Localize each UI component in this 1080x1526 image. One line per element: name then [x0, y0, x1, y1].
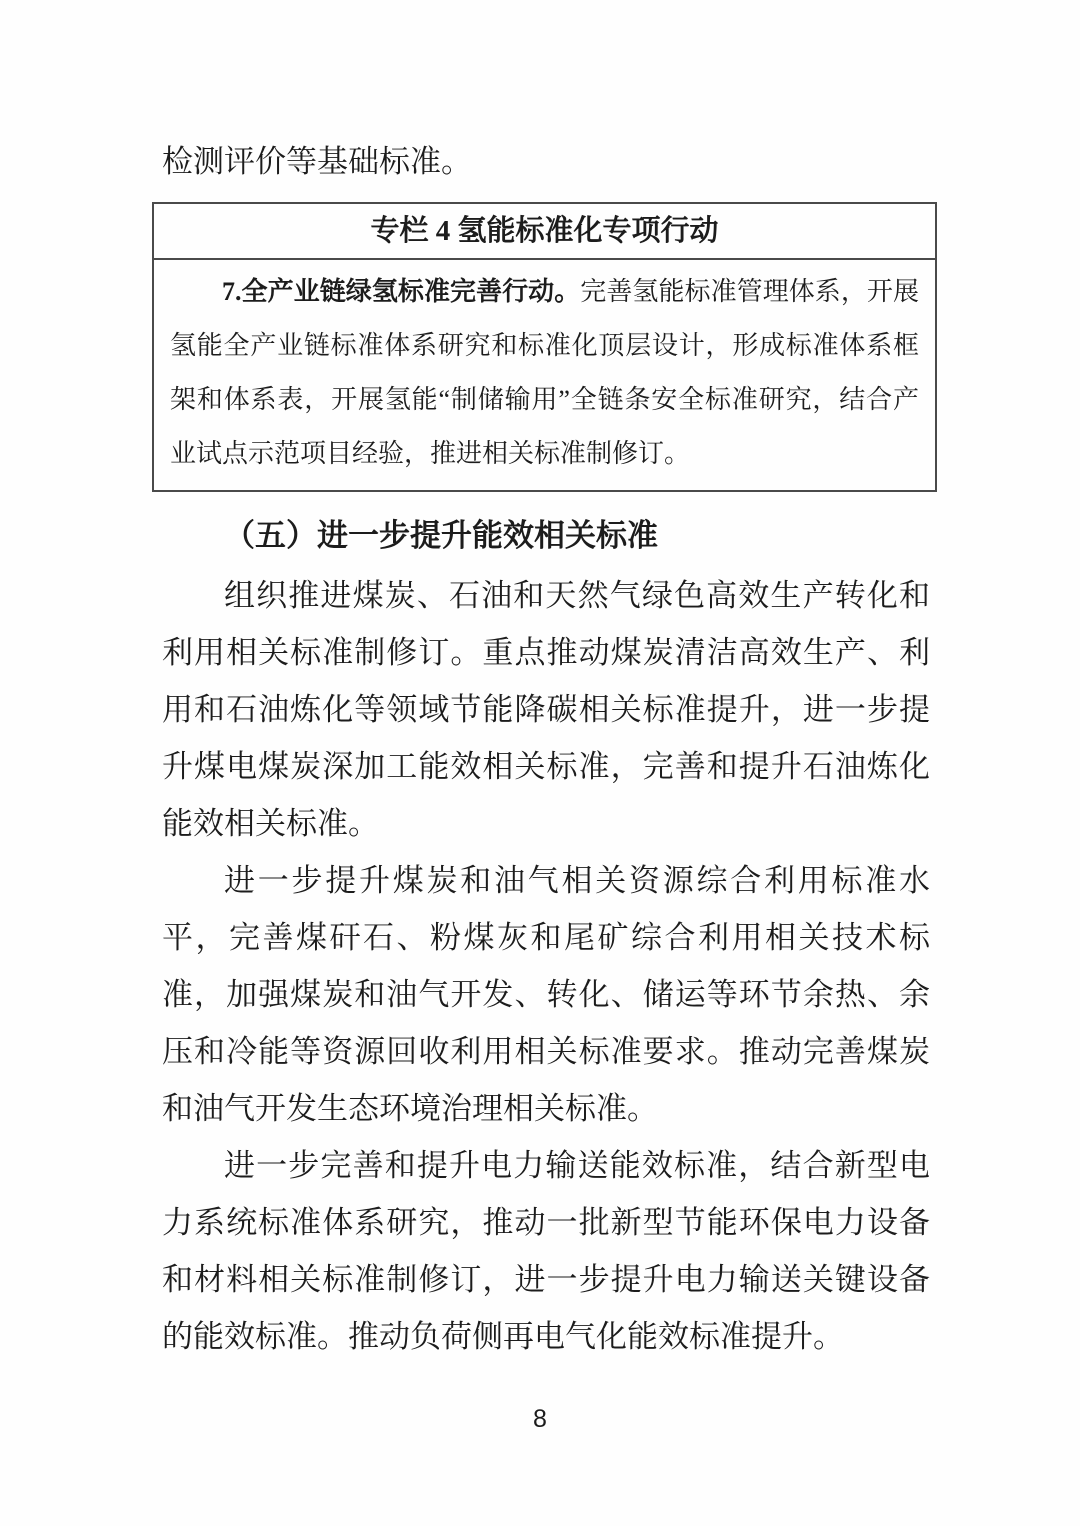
callout-box-title: 专栏 4 氢能标准化专项行动 — [154, 204, 935, 260]
body-paragraph: 进一步完善和提升电力输送能效标准，结合新型电力系统标准体系研究，推动一批新型节能… — [162, 1137, 930, 1365]
body-paragraph: 进一步提升煤炭和油气相关资源综合利用标准水平，完善煤矸石、粉煤灰和尾矿综合利用相… — [162, 852, 930, 1137]
document-content: 检测评价等基础标准。 专栏 4 氢能标准化专项行动 7.全产业链绿氢标准完善行动… — [162, 140, 930, 1365]
document-page: 检测评价等基础标准。 专栏 4 氢能标准化专项行动 7.全产业链绿氢标准完善行动… — [0, 0, 1080, 1526]
body-paragraph: 组织推进煤炭、石油和天然气绿色高效生产转化和利用相关标准制修订。重点推动煤炭清洁… — [162, 567, 930, 852]
callout-box: 专栏 4 氢能标准化专项行动 7.全产业链绿氢标准完善行动。完善氢能标准管理体系… — [152, 202, 937, 492]
continuation-text: 检测评价等基础标准。 — [162, 140, 930, 184]
page-number: 8 — [0, 1405, 1080, 1434]
callout-item-lead: 7.全产业链绿氢标准完善行动。 — [222, 277, 580, 306]
section-heading: （五）进一步提升能效相关标准 — [162, 514, 930, 557]
callout-box-body: 7.全产业链绿氢标准完善行动。完善氢能标准管理体系，开展氢能全产业链标准体系研究… — [154, 260, 935, 490]
